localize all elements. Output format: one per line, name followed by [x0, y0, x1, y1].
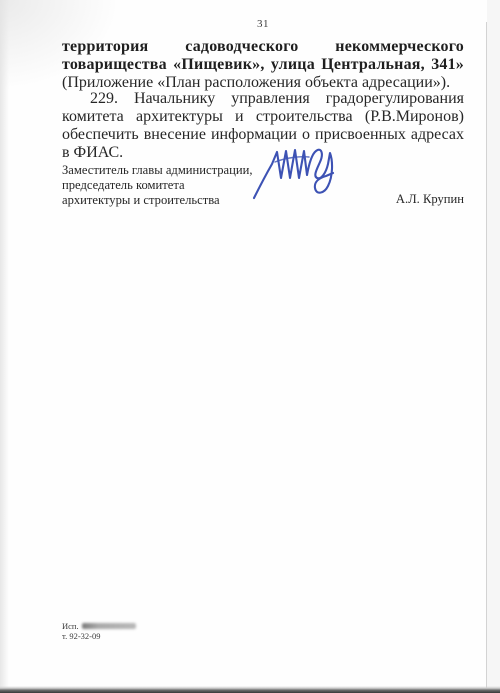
footer: Исп. т. 92-32-09 [62, 621, 136, 641]
signer-name: А.Л. Крупин [396, 192, 464, 207]
executor-phone: т. 92-32-09 [62, 631, 136, 641]
handwritten-signature [247, 138, 345, 206]
signature-block: Заместитель главы администрации, председ… [0, 0, 500, 230]
executor-line: Исп. [62, 621, 136, 631]
document-page: 31 территория садоводческого некоммерчес… [0, 0, 500, 693]
scan-edge-bottom [0, 686, 500, 693]
redacted-executor-name [82, 623, 136, 629]
executor-label: Исп. [62, 621, 79, 631]
